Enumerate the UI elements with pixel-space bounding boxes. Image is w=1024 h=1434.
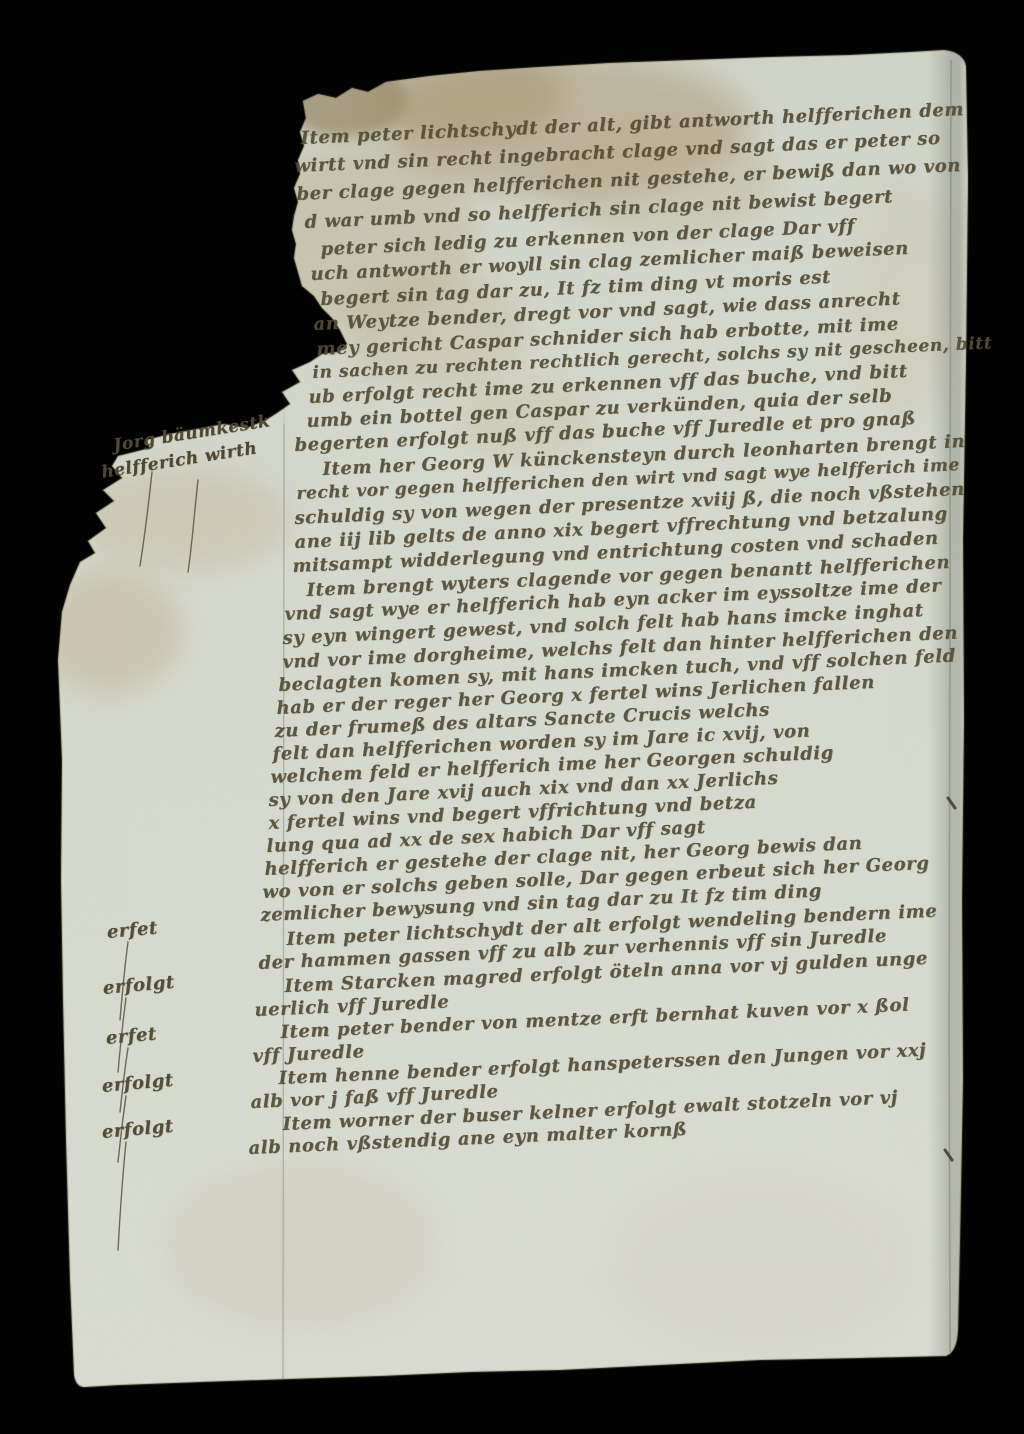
photograph-of-manuscript: Jorg bäumkestk helfferich wirth erfet er…	[0, 0, 1024, 1434]
vertical-fold-crease-upper	[284, 110, 287, 424]
margin-annotation: erfet	[105, 1024, 158, 1049]
margin-annotation: erfet	[106, 918, 159, 943]
